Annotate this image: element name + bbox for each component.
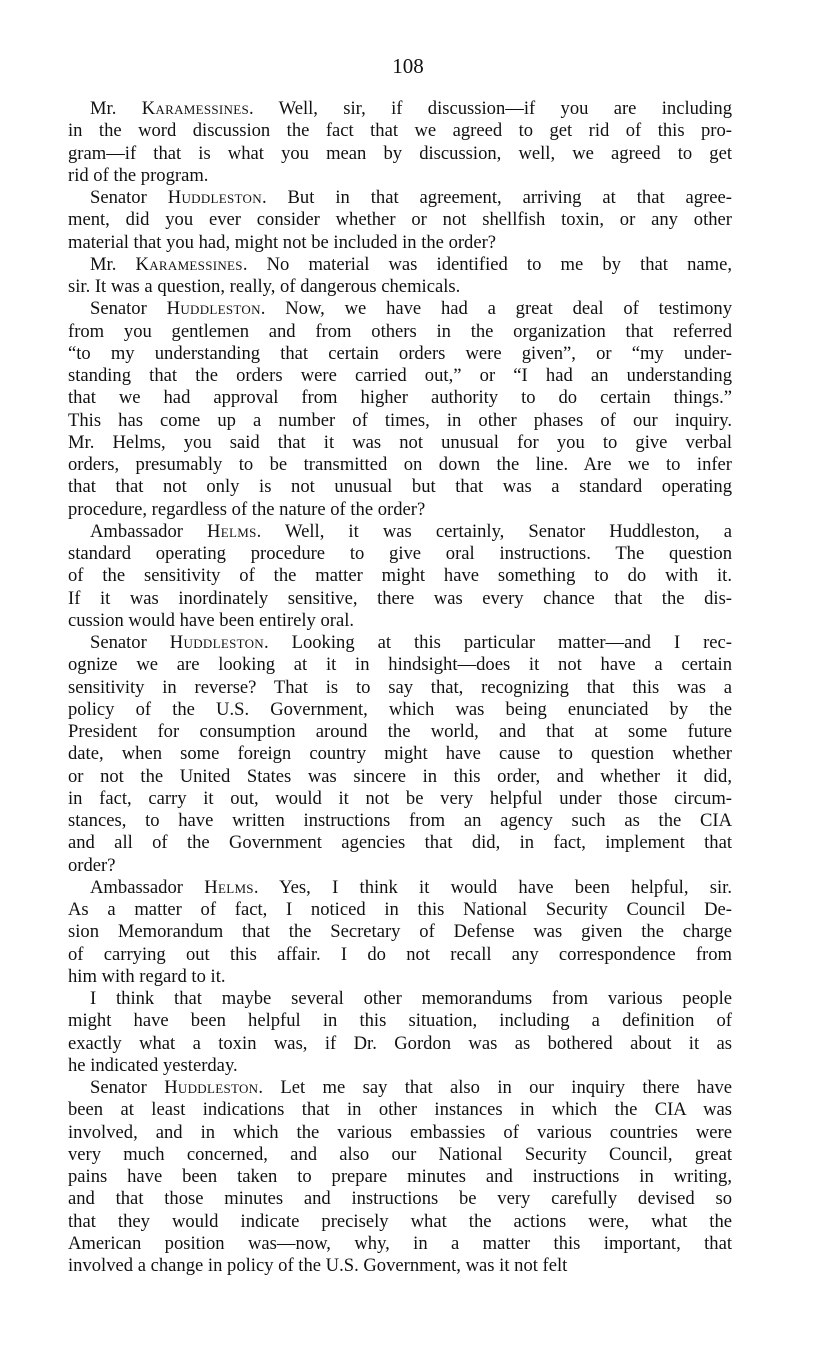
line-text: very much concerned, and also our Nation… [68,1144,732,1165]
line-text: exactly what a toxin was, if Dr. Gordon … [68,1033,732,1054]
document-page: 108 Mr. Karamessines. Well, sir, if disc… [0,0,816,1365]
text-line: This has come up a number of times, in o… [68,410,732,432]
text-line: “to my understanding that certain orders… [68,343,732,365]
text-line: material that you had, might not be incl… [68,232,732,254]
text-line: Mr. Karamessines. No material was identi… [68,254,732,276]
line-text: date, when some foreign country might ha… [68,743,732,764]
line-text: from you gentlemen and from others in th… [68,321,732,342]
line-text: orders, presumably to be transmitted on … [68,454,732,475]
text-line: order? [68,855,732,877]
speaker-title: Mr. [90,98,116,119]
line-text: ognize we are looking at it in hindsight… [68,654,732,675]
speaker-title: Senator [90,187,147,208]
line-text: As a matter of fact, I noticed in this N… [68,899,732,920]
text-line: him with regard to it. [68,966,732,988]
line-text: Mr. Helms, you said that it was not unus… [68,432,732,453]
text-line: might have been helpful in this situatio… [68,1010,732,1032]
text-line: of carrying out this affair. I do not re… [68,944,732,966]
text-line: cussion would have been entirely oral. [68,610,732,632]
speaker-name: Karamessines [142,98,249,119]
line-text: in the word discussion the fact that we … [68,120,732,141]
transcript-paragraph: Mr. Karamessines. No material was identi… [68,254,732,299]
speaker-name: Helms [204,877,254,898]
speaker-title: Ambassador [90,877,183,898]
transcript-paragraph: Mr. Karamessines. Well, sir, if discussi… [68,98,732,187]
text-line: Senator Huddleston. Let me say that also… [68,1077,732,1099]
line-text: . No material was identified to me by th… [243,254,732,275]
line-text: stances, to have written instructions fr… [68,810,732,831]
text-line: standing that the orders were carried ou… [68,365,732,387]
text-line: Ambassador Helms. Well, it was certainly… [68,521,732,543]
transcript-paragraph: Senator Huddleston. Looking at this part… [68,632,732,877]
line-text: been at least indications that in other … [68,1099,732,1120]
line-text: President for consumption around the wor… [68,721,732,742]
line-text: . Well, it was certainly, Senator Huddle… [257,521,732,542]
text-line: involved a change in policy of the U.S. … [68,1255,732,1277]
line-text: . Looking at this particular matter—and … [264,632,732,653]
speaker-name: Helms [207,521,257,542]
line-text: him with regard to it. [68,966,226,987]
transcript-body: Mr. Karamessines. Well, sir, if discussi… [68,98,732,1277]
line-text: order? [68,855,115,876]
speaker-name: Huddleston [167,298,261,319]
text-line: gram—if that is what you mean by discuss… [68,143,732,165]
text-line: Mr. Helms, you said that it was not unus… [68,432,732,454]
line-text: I think that maybe several other memoran… [90,988,732,1009]
line-text: ment, did you ever consider whether or n… [68,209,732,230]
line-text: sensitivity in reverse? That is to say t… [68,677,732,698]
text-line: I think that maybe several other memoran… [68,988,732,1010]
line-text: . Well, sir, if discussion—if you are in… [249,98,732,119]
line-text: in fact, carry it out, would it not be v… [68,788,732,809]
line-text: gram—if that is what you mean by discuss… [68,143,732,164]
speaker-name: Karamessines [136,254,243,275]
line-text: that they would indicate precisely what … [68,1211,732,1232]
line-text: “to my understanding that certain orders… [68,343,732,364]
text-line: ognize we are looking at it in hindsight… [68,654,732,676]
text-line: sion Memorandum that the Secretary of De… [68,921,732,943]
text-line: involved, and in which the various embas… [68,1122,732,1144]
line-text: sion Memorandum that the Secretary of De… [68,921,732,942]
line-text: procedure, regardless of the nature of t… [68,499,425,520]
text-line: very much concerned, and also our Nation… [68,1144,732,1166]
line-text: and that those minutes and instructions … [68,1188,732,1209]
text-line: rid of the program. [68,165,732,187]
line-text: pains have been taken to prepare minutes… [68,1166,732,1187]
text-line: Ambassador Helms. Yes, I think it would … [68,877,732,899]
text-line: that we had approval from higher authori… [68,387,732,409]
text-line: standard operating procedure to give ora… [68,543,732,565]
page-number: 108 [0,52,816,80]
text-line: stances, to have written instructions fr… [68,810,732,832]
text-line: exactly what a toxin was, if Dr. Gordon … [68,1033,732,1055]
speaker-name: Huddleston [168,187,262,208]
transcript-paragraph: I think that maybe several other memoran… [68,988,732,1077]
line-text: might have been helpful in this situatio… [68,1010,732,1031]
text-line: orders, presumably to be transmitted on … [68,454,732,476]
line-text: of the sensitivity of the matter might h… [68,565,732,586]
line-text: or not the United States was sincere in … [68,766,732,787]
text-line: or not the United States was sincere in … [68,766,732,788]
text-line: date, when some foreign country might ha… [68,743,732,765]
text-line: and all of the Government agencies that … [68,832,732,854]
transcript-paragraph: Senator Huddleston. Let me say that also… [68,1077,732,1277]
text-line: American position was—now, why, in a mat… [68,1233,732,1255]
speaker-title: Senator [90,1077,147,1098]
speaker-name: Huddleston [164,1077,258,1098]
line-text: . Let me say that also in our inquiry th… [258,1077,732,1098]
line-text: of carrying out this affair. I do not re… [68,944,732,965]
text-line: that they would indicate precisely what … [68,1211,732,1233]
text-line: policy of the U.S. Government, which was… [68,699,732,721]
line-text: policy of the U.S. Government, which was… [68,699,732,720]
line-text: material that you had, might not be incl… [68,232,496,253]
speaker-title: Mr. [90,254,116,275]
line-text: involved a change in policy of the U.S. … [68,1255,567,1276]
line-text: This has come up a number of times, in o… [68,410,732,431]
transcript-paragraph: Ambassador Helms. Well, it was certainly… [68,521,732,632]
transcript-paragraph: Ambassador Helms. Yes, I think it would … [68,877,732,988]
line-text: involved, and in which the various embas… [68,1122,732,1143]
text-line: in fact, carry it out, would it not be v… [68,788,732,810]
text-line: in the word discussion the fact that we … [68,120,732,142]
speaker-title: Senator [90,632,147,653]
text-line: from you gentlemen and from others in th… [68,321,732,343]
speaker-title: Ambassador [90,521,183,542]
text-line: President for consumption around the wor… [68,721,732,743]
line-text: that we had approval from higher authori… [68,387,732,408]
line-text: sir. It was a question, really, of dange… [68,276,460,297]
text-line: ment, did you ever consider whether or n… [68,209,732,231]
text-line: he indicated yesterday. [68,1055,732,1077]
text-line: Senator Huddleston. Looking at this part… [68,632,732,654]
text-line: Mr. Karamessines. Well, sir, if discussi… [68,98,732,120]
text-line: As a matter of fact, I noticed in this N… [68,899,732,921]
line-text: cussion would have been entirely oral. [68,610,354,631]
text-line: Senator Huddleston. But in that agreemen… [68,187,732,209]
line-text: . But in that agreement, arriving at tha… [262,187,732,208]
speaker-name: Huddleston [170,632,264,653]
text-line: procedure, regardless of the nature of t… [68,499,732,521]
text-line: pains have been taken to prepare minutes… [68,1166,732,1188]
line-text: . Now, we have had a great deal of testi… [261,298,732,319]
line-text: that that not only is not unusual but th… [68,476,732,497]
line-text: he indicated yesterday. [68,1055,238,1076]
text-line: If it was inordinately sensitive, there … [68,588,732,610]
line-text: standing that the orders were carried ou… [68,365,732,386]
text-line: been at least indications that in other … [68,1099,732,1121]
line-text: If it was inordinately sensitive, there … [68,588,732,609]
text-line: and that those minutes and instructions … [68,1188,732,1210]
line-text: standard operating procedure to give ora… [68,543,732,564]
text-line: that that not only is not unusual but th… [68,476,732,498]
speaker-title: Senator [90,298,147,319]
line-text: and all of the Government agencies that … [68,832,732,853]
text-line: of the sensitivity of the matter might h… [68,565,732,587]
line-text: . Yes, I think it would have been helpfu… [254,877,732,898]
text-line: Senator Huddleston. Now, we have had a g… [68,298,732,320]
text-line: sensitivity in reverse? That is to say t… [68,677,732,699]
line-text: rid of the program. [68,165,208,186]
transcript-paragraph: Senator Huddleston. But in that agreemen… [68,187,732,254]
transcript-paragraph: Senator Huddleston. Now, we have had a g… [68,298,732,521]
line-text: American position was—now, why, in a mat… [68,1233,732,1254]
text-line: sir. It was a question, really, of dange… [68,276,732,298]
